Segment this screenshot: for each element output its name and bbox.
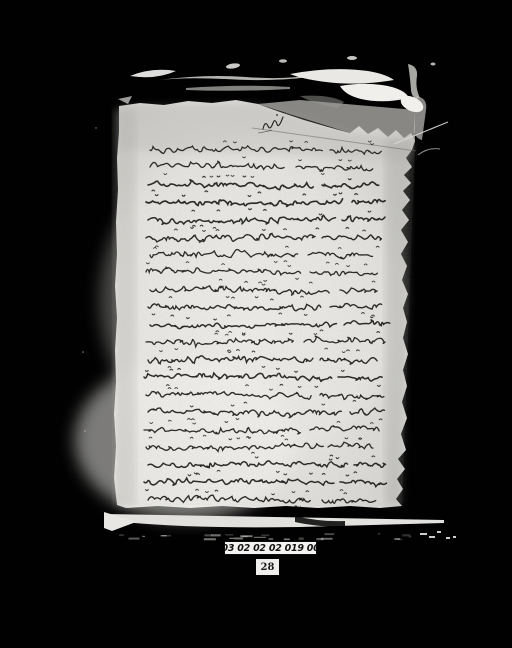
archival-number-text: 03 02 02 02 019 00 xyxy=(224,543,317,554)
microfilm-frame: 03 02 02 02 019 00 28 xyxy=(0,0,512,648)
page-number-label: 28 xyxy=(256,559,279,575)
manuscript-page xyxy=(75,100,416,520)
archival-number-label: 03 02 02 02 019 00 xyxy=(224,541,317,555)
page-number-text: 28 xyxy=(261,562,275,573)
